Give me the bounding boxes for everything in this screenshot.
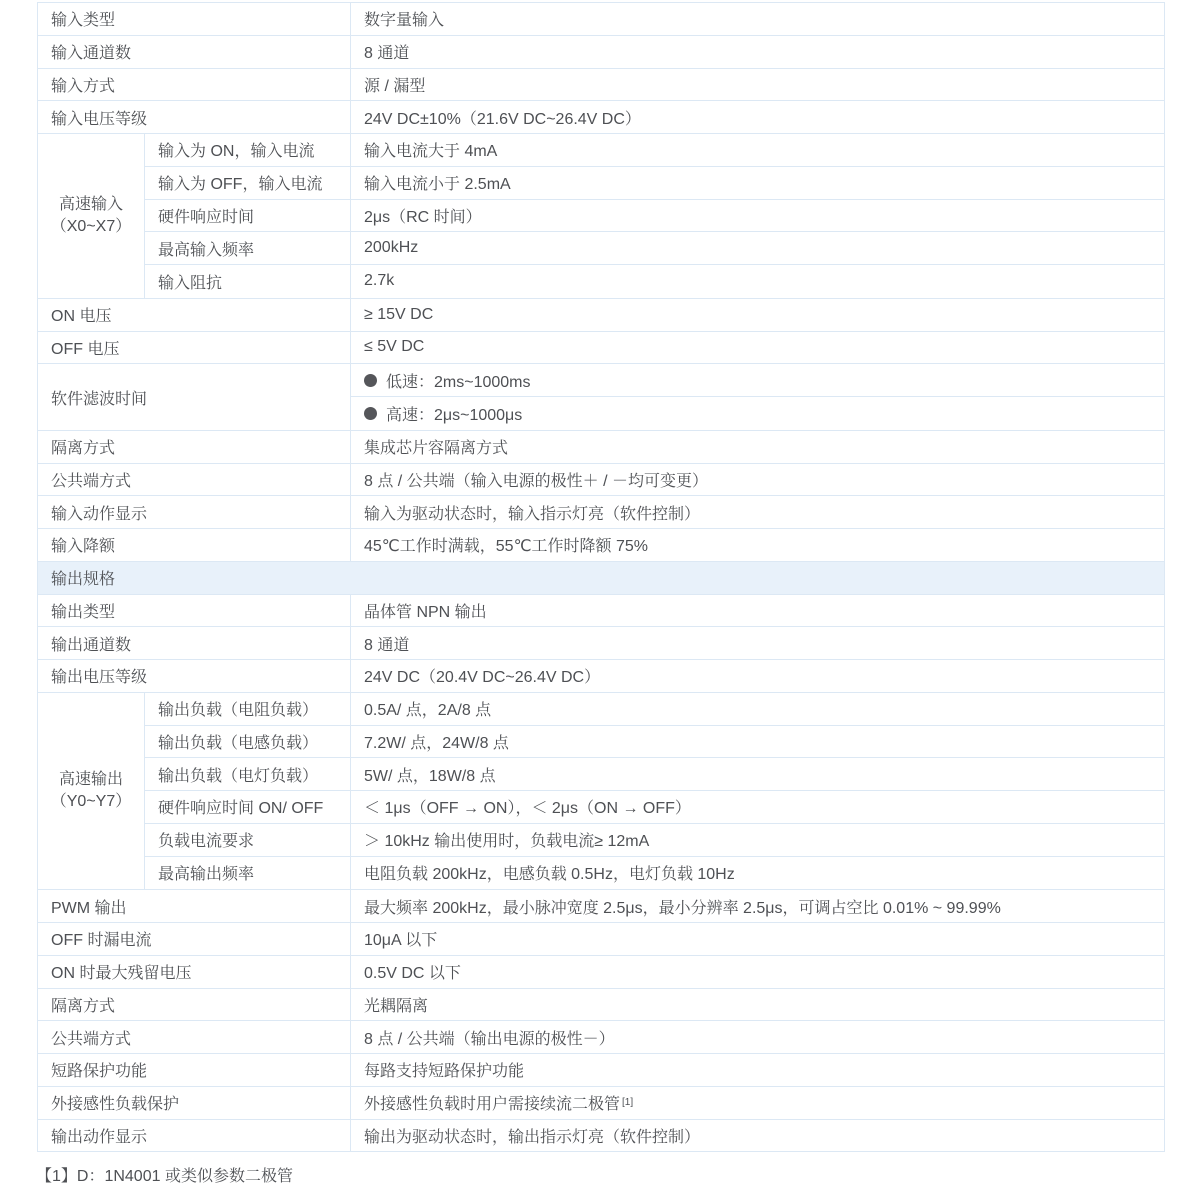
row-label-cell: OFF 电压 bbox=[38, 332, 351, 364]
row-label: 公共端方式 bbox=[51, 1026, 131, 1049]
table-row: 公共端方式8 点 / 公共端（输出电源的极性－） bbox=[38, 1021, 1164, 1054]
row-value-cell: 0.5V DC 以下 bbox=[351, 956, 1164, 988]
row-label: 隔离方式 bbox=[51, 993, 115, 1016]
table-row: OFF 时漏电流10μA 以下 bbox=[38, 923, 1164, 956]
row-value: 晶体管 NPN 输出 bbox=[364, 599, 487, 622]
row-value: 10μA 以下 bbox=[364, 927, 437, 950]
row-value-cell: 45℃工作时满载，55℃工作时降额 75% bbox=[351, 529, 1164, 561]
sub-row-label-cell: 输出负载（电灯负载） bbox=[145, 758, 351, 790]
sub-row-label: 输入为 OFF，输入电流 bbox=[158, 171, 322, 194]
row-label-cell: 输入动作显示 bbox=[38, 496, 351, 528]
sub-row-label-cell: 输入为 ON，输入电流 bbox=[145, 134, 351, 166]
sub-row-label-cell: 输出负载（电感负载） bbox=[145, 726, 351, 758]
row-value: 每路支持短路保护功能 bbox=[364, 1058, 524, 1081]
group-label-line2: （Y0~Y7） bbox=[51, 791, 132, 813]
row-value-cell: 8 点 / 公共端（输入电源的极性＋ / －均可变更） bbox=[351, 464, 1164, 496]
row-value-cell: ＞ 10kHz 输出使用时，负载电流≥ 12mA bbox=[351, 824, 1164, 856]
row-value-cell: 输入电流小于 2.5mA bbox=[351, 167, 1164, 199]
row-value-cell: 8 通道 bbox=[351, 627, 1164, 659]
table-row: 输出电压等级24V DC（20.4V DC~26.4V DC） bbox=[38, 660, 1164, 693]
row-value-cell: 10μA 以下 bbox=[351, 923, 1164, 955]
row-value-cell: 输入为驱动状态时，输入指示灯亮（软件控制） bbox=[351, 496, 1164, 528]
row-value-cell: 最大频率 200kHz，最小脉冲宽度 2.5μs，最小分辨率 2.5μs，可调占… bbox=[351, 890, 1164, 922]
sub-row-label-cell: 最高输入频率 bbox=[145, 232, 351, 264]
row-value-cell: 7.2W/ 点，24W/8 点 bbox=[351, 726, 1164, 758]
row-value-cell: ≤ 5V DC bbox=[351, 332, 1164, 364]
row-value-cell: ≥ 15V DC bbox=[351, 299, 1164, 331]
row-value: 5W/ 点，18W/8 点 bbox=[364, 763, 496, 786]
table-row-group: 高速输出（Y0~Y7）输出负载（电阻负载）0.5A/ 点，2A/8 点输出负载（… bbox=[38, 693, 1164, 891]
row-value: 8 通道 bbox=[364, 632, 409, 655]
row-label: 隔离方式 bbox=[51, 435, 115, 458]
footnote: 【1】D：1N4001 或类似参数二极管 bbox=[36, 1163, 1200, 1186]
row-value-cell: 8 通道 bbox=[351, 36, 1164, 68]
table-row: OFF 电压≤ 5V DC bbox=[38, 332, 1164, 365]
sub-row-label-cell: 输入阻抗 bbox=[145, 265, 351, 298]
row-value: 低速：2ms~1000ms bbox=[386, 369, 531, 392]
row-label: 输入类型 bbox=[51, 7, 115, 30]
sub-row-label: 输出负载（电灯负载） bbox=[158, 763, 318, 786]
row-value-cell: 8 点 / 公共端（输出电源的极性－） bbox=[351, 1021, 1164, 1053]
table-row: PWM 输出最大频率 200kHz，最小脉冲宽度 2.5μs，最小分辨率 2.5… bbox=[38, 890, 1164, 923]
group-label-cell: 高速输入（X0~X7） bbox=[38, 134, 145, 298]
value-sub-row: 低速：2ms~1000ms bbox=[351, 364, 1164, 397]
row-value: 电阻负载 200kHz，电感负载 0.5Hz，电灯负载 10Hz bbox=[364, 861, 735, 884]
table-row: 输出通道数8 通道 bbox=[38, 627, 1164, 660]
row-label: 输入电压等级 bbox=[51, 106, 147, 129]
row-value-cell: 0.5A/ 点，2A/8 点 bbox=[351, 693, 1164, 725]
row-label-cell: OFF 时漏电流 bbox=[38, 923, 351, 955]
row-label-cell: 短路保护功能 bbox=[38, 1054, 351, 1086]
table-row: 短路保护功能每路支持短路保护功能 bbox=[38, 1054, 1164, 1087]
row-label-cell: PWM 输出 bbox=[38, 890, 351, 922]
sub-row-label-cell: 硬件响应时间 bbox=[145, 200, 351, 232]
row-label-cell: 输入电压等级 bbox=[38, 101, 351, 133]
row-label-cell: 输入方式 bbox=[38, 69, 351, 101]
sub-row-label: 最高输入频率 bbox=[158, 237, 254, 260]
row-value: 0.5V DC 以下 bbox=[364, 960, 461, 983]
sub-row-label: 输入为 ON，输入电流 bbox=[158, 138, 314, 161]
row-value: 200kHz bbox=[364, 239, 418, 257]
row-label: ON 电压 bbox=[51, 303, 111, 326]
row-value-cell: 高速：2μs~1000μs bbox=[351, 397, 1164, 430]
row-label-cell: 输出动作显示 bbox=[38, 1120, 351, 1152]
row-label-cell: 公共端方式 bbox=[38, 464, 351, 496]
group-sub-row: 负载电流要求＞ 10kHz 输出使用时，负载电流≥ 12mA bbox=[145, 824, 1164, 857]
row-value: 2μs（RC 时间） bbox=[364, 204, 482, 227]
group-sub-row: 硬件响应时间 ON/ OFF＜ 1μs（OFF → ON），＜ 2μs（ON →… bbox=[145, 791, 1164, 824]
sub-row-label-cell: 负载电流要求 bbox=[145, 824, 351, 856]
table-row: 输入电压等级24V DC±10%（21.6V DC~26.4V DC） bbox=[38, 101, 1164, 134]
row-value-cell: 低速：2ms~1000ms bbox=[351, 364, 1164, 396]
row-value-cell: 2.7k bbox=[351, 265, 1164, 298]
row-value: 外接感性负载时用户需接续流二极管 bbox=[364, 1091, 620, 1114]
row-value-cell: 每路支持短路保护功能 bbox=[351, 1054, 1164, 1086]
row-label: PWM 输出 bbox=[51, 895, 127, 918]
row-value-cell: 数字量输入 bbox=[351, 3, 1164, 35]
row-value: 数字量输入 bbox=[364, 7, 444, 30]
row-label: 输出电压等级 bbox=[51, 664, 147, 687]
row-value-cell: 200kHz bbox=[351, 232, 1164, 264]
row-label: 输入降额 bbox=[51, 533, 115, 556]
group-sub-row: 输出负载（电灯负载）5W/ 点，18W/8 点 bbox=[145, 758, 1164, 791]
group-sub-row: 输入为 OFF，输入电流输入电流小于 2.5mA bbox=[145, 167, 1164, 200]
row-label-cell: ON 时最大残留电压 bbox=[38, 956, 351, 988]
table-row-group: 高速输入（X0~X7）输入为 ON，输入电流输入电流大于 4mA输入为 OFF，… bbox=[38, 134, 1164, 299]
sub-row-label-cell: 最高输出频率 bbox=[145, 857, 351, 890]
sub-row-label: 输入阻抗 bbox=[158, 270, 222, 293]
row-label-cell: 外接感性负载保护 bbox=[38, 1087, 351, 1119]
row-label-cell: 软件滤波时间 bbox=[38, 364, 351, 430]
bullet-icon bbox=[364, 374, 377, 387]
row-value-cell: 24V DC（20.4V DC~26.4V DC） bbox=[351, 660, 1164, 692]
sub-row-label: 输出负载（电阻负载） bbox=[158, 697, 318, 720]
sub-row-label-cell: 硬件响应时间 ON/ OFF bbox=[145, 791, 351, 823]
group-sub-rows: 输出负载（电阻负载）0.5A/ 点，2A/8 点输出负载（电感负载）7.2W/ … bbox=[145, 693, 1164, 890]
row-value-cell: 光耦隔离 bbox=[351, 989, 1164, 1021]
row-value: 光耦隔离 bbox=[364, 993, 428, 1016]
sub-row-label: 最高输出频率 bbox=[158, 861, 254, 884]
row-value: 45℃工作时满载，55℃工作时降额 75% bbox=[364, 533, 648, 556]
group-sub-row: 硬件响应时间2μs（RC 时间） bbox=[145, 200, 1164, 233]
page: { "colors":{"border":"#dce8f4","section_… bbox=[0, 0, 1200, 1192]
row-value-cell: 电阻负载 200kHz，电感负载 0.5Hz，电灯负载 10Hz bbox=[351, 857, 1164, 890]
row-label: ON 时最大残留电压 bbox=[51, 960, 191, 983]
row-value: 高速：2μs~1000μs bbox=[386, 402, 522, 425]
row-value-cell: 输入电流大于 4mA bbox=[351, 134, 1164, 166]
value-stack: 低速：2ms~1000ms高速：2μs~1000μs bbox=[351, 364, 1164, 430]
sub-row-label: 硬件响应时间 bbox=[158, 204, 254, 227]
row-label: 软件滤波时间 bbox=[51, 386, 147, 409]
row-label: 外接感性负载保护 bbox=[51, 1091, 179, 1114]
row-label: 短路保护功能 bbox=[51, 1058, 147, 1081]
row-value: 最大频率 200kHz，最小脉冲宽度 2.5μs，最小分辨率 2.5μs，可调占… bbox=[364, 895, 1001, 918]
group-sub-row: 输出负载（电阻负载）0.5A/ 点，2A/8 点 bbox=[145, 693, 1164, 726]
row-label: 输入动作显示 bbox=[51, 501, 147, 524]
table-row: 隔离方式集成芯片容隔离方式 bbox=[38, 431, 1164, 464]
row-value-cell: 外接感性负载时用户需接续流二极管[1] bbox=[351, 1087, 1164, 1119]
row-value-cell: 24V DC±10%（21.6V DC~26.4V DC） bbox=[351, 101, 1164, 133]
sub-row-label: 硬件响应时间 ON/ OFF bbox=[158, 795, 323, 818]
row-label: 输入方式 bbox=[51, 73, 115, 96]
row-value: 输入电流小于 2.5mA bbox=[364, 171, 511, 194]
row-value: 0.5A/ 点，2A/8 点 bbox=[364, 697, 491, 720]
row-value-cell: 源 / 漏型 bbox=[351, 69, 1164, 101]
row-label: OFF 电压 bbox=[51, 336, 119, 359]
row-value-cell: 晶体管 NPN 输出 bbox=[351, 595, 1164, 627]
row-label: 输出通道数 bbox=[51, 632, 131, 655]
sub-row-label: 负载电流要求 bbox=[158, 828, 254, 851]
table-row: 输入方式源 / 漏型 bbox=[38, 69, 1164, 102]
spec-table: 输入类型数字量输入输入通道数8 通道输入方式源 / 漏型输入电压等级24V DC… bbox=[37, 2, 1165, 1152]
section-title: 输出规格 bbox=[51, 566, 115, 589]
row-value: 24V DC（20.4V DC~26.4V DC） bbox=[364, 664, 600, 687]
group-label-cell: 高速输出（Y0~Y7） bbox=[38, 693, 145, 890]
sub-row-label: 输出负载（电感负载） bbox=[158, 730, 318, 753]
table-row: 外接感性负载保护外接感性负载时用户需接续流二极管[1] bbox=[38, 1087, 1164, 1120]
table-row: 输入类型数字量输入 bbox=[38, 3, 1164, 36]
group-sub-rows: 输入为 ON，输入电流输入电流大于 4mA输入为 OFF，输入电流输入电流小于 … bbox=[145, 134, 1164, 298]
group-sub-row: 最高输入频率200kHz bbox=[145, 232, 1164, 265]
sub-row-label-cell: 输入为 OFF，输入电流 bbox=[145, 167, 351, 199]
row-value-cell: 2μs（RC 时间） bbox=[351, 200, 1164, 232]
table-row: ON 电压≥ 15V DC bbox=[38, 299, 1164, 332]
row-label-cell: 隔离方式 bbox=[38, 431, 351, 463]
row-label-cell: 输入降额 bbox=[38, 529, 351, 561]
group-sub-row: 输入阻抗2.7k bbox=[145, 265, 1164, 298]
row-label: 输出动作显示 bbox=[51, 1124, 147, 1147]
row-value: ≤ 5V DC bbox=[364, 338, 424, 356]
row-value: ＜ 1μs（OFF → ON），＜ 2μs（ON → OFF） bbox=[364, 795, 691, 818]
row-value-cell: 输出为驱动状态时，输出指示灯亮（软件控制） bbox=[351, 1120, 1164, 1152]
section-header-row: 输出规格 bbox=[38, 562, 1164, 595]
table-row-multivalue: 软件滤波时间低速：2ms~1000ms高速：2μs~1000μs bbox=[38, 364, 1164, 431]
row-value: 输出为驱动状态时，输出指示灯亮（软件控制） bbox=[364, 1124, 700, 1147]
row-value: 8 通道 bbox=[364, 40, 409, 63]
row-value: 集成芯片容隔离方式 bbox=[364, 435, 508, 458]
row-value-cell: 5W/ 点，18W/8 点 bbox=[351, 758, 1164, 790]
row-value: 8 点 / 公共端（输出电源的极性－） bbox=[364, 1026, 615, 1049]
table-row: 隔离方式光耦隔离 bbox=[38, 989, 1164, 1022]
table-row: 输入通道数8 通道 bbox=[38, 36, 1164, 69]
sub-row-label-cell: 输出负载（电阻负载） bbox=[145, 693, 351, 725]
row-label-cell: 隔离方式 bbox=[38, 989, 351, 1021]
group-label-line1: 高速输出 bbox=[59, 769, 123, 791]
row-value: 源 / 漏型 bbox=[364, 73, 425, 96]
row-label-cell: 输出通道数 bbox=[38, 627, 351, 659]
row-label: 公共端方式 bbox=[51, 468, 131, 491]
row-label-cell: 输出电压等级 bbox=[38, 660, 351, 692]
table-row: 输出类型晶体管 NPN 输出 bbox=[38, 595, 1164, 628]
row-value-cell: 集成芯片容隔离方式 bbox=[351, 431, 1164, 463]
table-row: 输入动作显示输入为驱动状态时，输入指示灯亮（软件控制） bbox=[38, 496, 1164, 529]
row-value: 输入为驱动状态时，输入指示灯亮（软件控制） bbox=[364, 501, 700, 524]
row-value-cell: ＜ 1μs（OFF → ON），＜ 2μs（ON → OFF） bbox=[351, 791, 1164, 823]
group-sub-row: 最高输出频率电阻负载 200kHz，电感负载 0.5Hz，电灯负载 10Hz bbox=[145, 857, 1164, 890]
group-label-line2: （X0~X7） bbox=[51, 216, 132, 238]
group-sub-row: 输入为 ON，输入电流输入电流大于 4mA bbox=[145, 134, 1164, 167]
row-label-cell: 公共端方式 bbox=[38, 1021, 351, 1053]
row-value: 24V DC±10%（21.6V DC~26.4V DC） bbox=[364, 106, 641, 129]
row-value: ≥ 15V DC bbox=[364, 306, 433, 324]
group-sub-row: 输出负载（电感负载）7.2W/ 点，24W/8 点 bbox=[145, 726, 1164, 759]
row-label-cell: 输入通道数 bbox=[38, 36, 351, 68]
row-value: ＞ 10kHz 输出使用时，负载电流≥ 12mA bbox=[364, 828, 649, 851]
row-label-cell: 输出类型 bbox=[38, 595, 351, 627]
row-value: 2.7k bbox=[364, 272, 394, 290]
row-label: 输入通道数 bbox=[51, 40, 131, 63]
bullet-icon bbox=[364, 407, 377, 420]
table-row: 公共端方式8 点 / 公共端（输入电源的极性＋ / －均可变更） bbox=[38, 464, 1164, 497]
table-row: 输入降额45℃工作时满载，55℃工作时降额 75% bbox=[38, 529, 1164, 562]
row-label: 输出类型 bbox=[51, 599, 115, 622]
row-label-cell: 输入类型 bbox=[38, 3, 351, 35]
table-row: ON 时最大残留电压0.5V DC 以下 bbox=[38, 956, 1164, 989]
row-label-cell: ON 电压 bbox=[38, 299, 351, 331]
group-label-line1: 高速输入 bbox=[59, 194, 123, 216]
row-label: OFF 时漏电流 bbox=[51, 927, 151, 950]
row-value: 输入电流大于 4mA bbox=[364, 138, 497, 161]
row-value: 8 点 / 公共端（输入电源的极性＋ / －均可变更） bbox=[364, 468, 708, 491]
table-row: 输出动作显示输出为驱动状态时，输出指示灯亮（软件控制） bbox=[38, 1120, 1164, 1153]
row-value: 7.2W/ 点，24W/8 点 bbox=[364, 730, 509, 753]
value-sub-row: 高速：2μs~1000μs bbox=[351, 397, 1164, 430]
